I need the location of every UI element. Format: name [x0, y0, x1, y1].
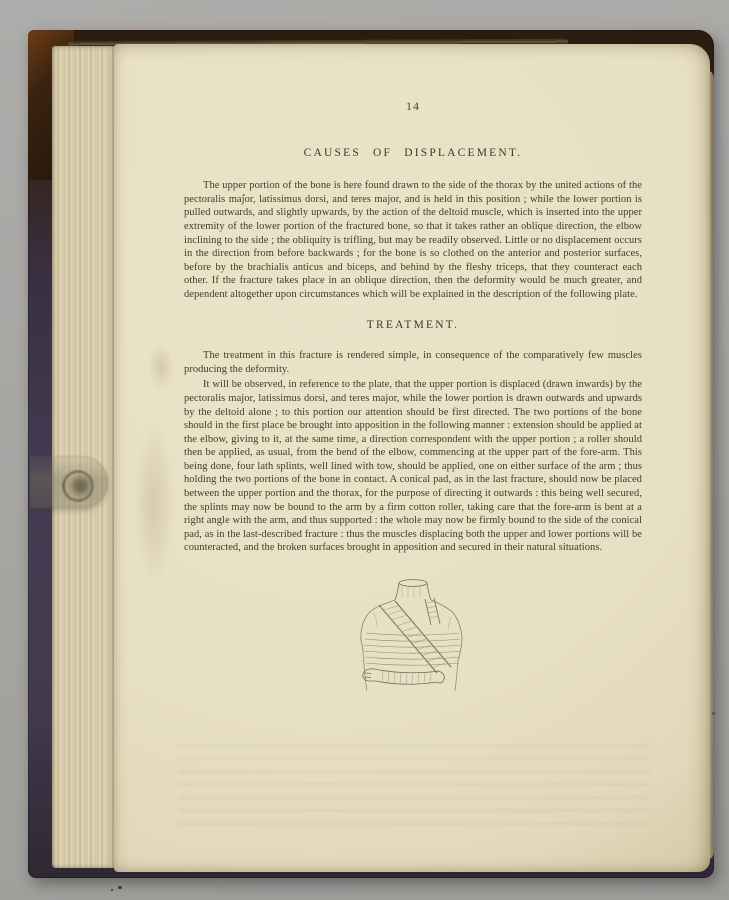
text-block: 14 CAUSES OF DISPLACEMENT. The upper por…: [184, 44, 642, 710]
page-holder-clip-end: [62, 470, 94, 502]
book: 14 CAUSES OF DISPLACEMENT. The upper por…: [28, 30, 714, 878]
page-stain: [134, 424, 174, 584]
section-heading-treatment: TREATMENT.: [184, 319, 642, 333]
page-stain: [148, 344, 174, 390]
page-number: 14: [184, 100, 642, 114]
dust-speck: [111, 889, 113, 891]
paragraph-treatment-2: It will be observed, in reference to the…: [184, 378, 642, 555]
paragraph-treatment-1: The treatment in this fracture is render…: [184, 349, 642, 376]
dust-speck: [712, 712, 715, 715]
dust-speck: [118, 886, 122, 889]
bandaged-torso-engraving: [313, 577, 513, 710]
section-heading-causes: CAUSES OF DISPLACEMENT.: [184, 147, 642, 161]
verso-text-show-through: [178, 744, 650, 830]
page-fore-edge: [706, 70, 714, 860]
paragraph-causes: The upper portion of the bone is here fo…: [184, 179, 642, 301]
dust-speck: [243, 194, 245, 196]
book-page: 14 CAUSES OF DISPLACEMENT. The upper por…: [114, 44, 710, 872]
page-holder-clip: [30, 456, 108, 508]
